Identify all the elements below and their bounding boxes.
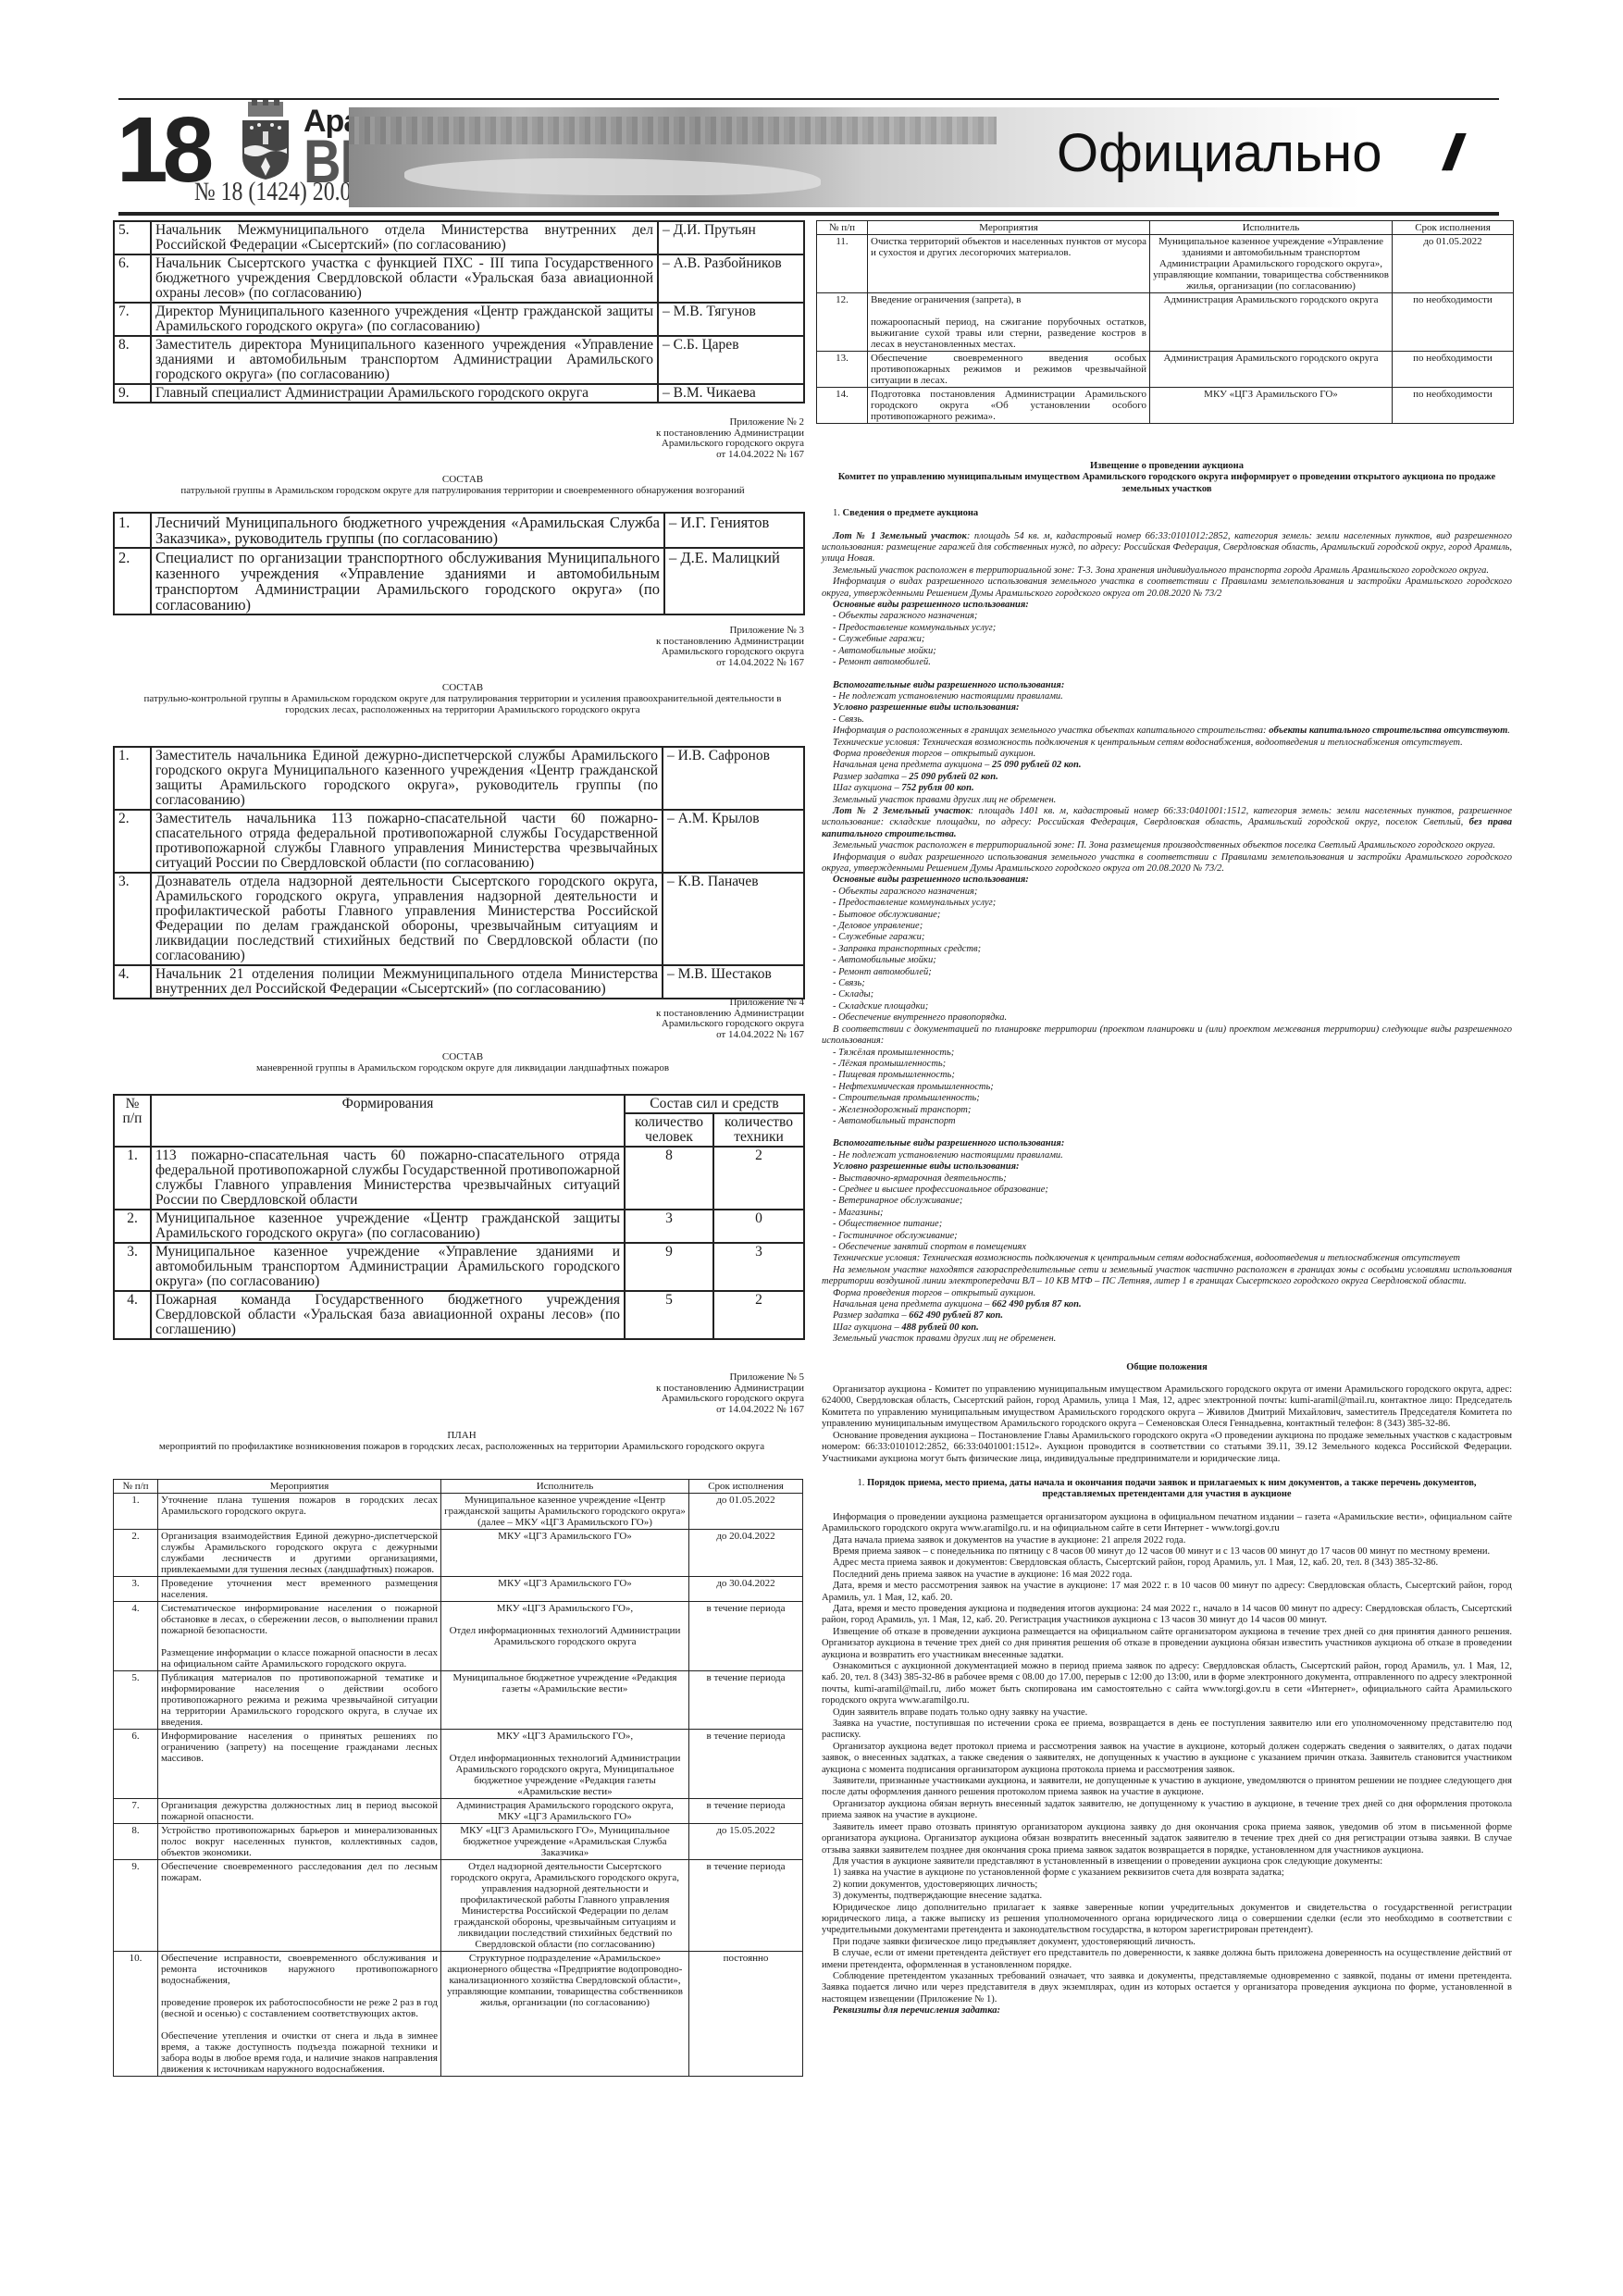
- list-item: - Гостиничное обслуживание;: [822, 1231, 1512, 1242]
- executor-text: МКУ «ЦГЗ Арамильского ГО», Муниципальное…: [441, 1824, 689, 1860]
- appendix-line: Приложение № 4: [656, 998, 804, 1009]
- paragraph: Соблюдение претендентом указанных требов…: [822, 1971, 1512, 2005]
- list-item: - Автомобильные мойки;: [822, 646, 1512, 657]
- col-deadline: Срок исполнения: [1393, 221, 1514, 235]
- appendix-line: Приложение № 5: [656, 1372, 804, 1384]
- position-text: Начальник Сысертского участка с функцией…: [151, 254, 658, 303]
- executor-text: Муниципальное казенное учреждение «Центр…: [441, 1494, 689, 1530]
- lot-2-price: Начальная цена предмета аукциона – 662 4…: [822, 1299, 1512, 1310]
- paragraph: Организатор аукциона обязан вернуть внес…: [822, 1799, 1512, 1822]
- appendix-line: от 14.04.2022 № 167: [656, 1405, 804, 1416]
- position-text: Директор Муниципального казенного учрежд…: [151, 303, 658, 336]
- executor-text: МКУ «ЦГЗ Арамильского ГО»,Отдел информац…: [441, 1730, 689, 1799]
- list-item: - Склады;: [822, 989, 1512, 1000]
- deadline-text: по необходимости: [1393, 293, 1514, 352]
- position-text: Заместитель начальника 113 пожарно-спаса…: [151, 810, 663, 873]
- lot-2-description: Лот № 2 Земельный участок: площадь 1401 …: [822, 806, 1512, 840]
- lot-2-form: Форма проведения торгов – открытый аукци…: [822, 1288, 1512, 1299]
- executor-text: МКУ «ЦГЗ Арамильского ГО»: [1150, 388, 1393, 424]
- patrol-control-group-table: 1. Заместитель начальника Единой дежурно…: [113, 746, 805, 999]
- deadline-text: до 15.05.2022: [689, 1824, 803, 1860]
- executor-text: Муниципальное бюджетное учреждение «Реда…: [441, 1671, 689, 1730]
- executor-text: Отдел надзорной деятельности Сысертского…: [441, 1860, 689, 1952]
- row-number: 7.: [114, 1799, 158, 1824]
- lot-2-encumbrance: Земельный участок правами других лиц не …: [822, 1334, 1512, 1345]
- row-number: 6.: [114, 1730, 158, 1799]
- people-count: 5: [625, 1291, 713, 1339]
- equipment-count: 3: [713, 1243, 804, 1291]
- person-name: – В.М. Чикаева: [658, 384, 804, 403]
- list-item: - Предоставление коммунальных услуг;: [822, 623, 1512, 634]
- action-text: Уточнение плана тушения пожаров в городс…: [158, 1494, 441, 1530]
- action-text: Введение ограничения (запрета), впожароо…: [868, 293, 1150, 352]
- row-number: 1.: [114, 1147, 151, 1210]
- list-item: - Магазины;: [822, 1208, 1512, 1219]
- row-number: 4.: [114, 1602, 158, 1671]
- paragraph: Информация о проведении аукциона размеща…: [822, 1512, 1512, 1535]
- row-number: 7.: [114, 303, 151, 336]
- list-item: - Выставочно-ярмарочная деятельность;: [822, 1173, 1512, 1185]
- table-row: 14. Подготовка постановления Администрац…: [817, 388, 1514, 424]
- person-name: – И.Г. Гениятов: [664, 513, 804, 548]
- position-text: Заместитель директора Муниципального каз…: [151, 336, 658, 384]
- row-number: 2.: [114, 1210, 151, 1243]
- position-text: Специалист по организации транспортного …: [151, 548, 664, 614]
- list-item: - Тяжёлая промышленность;: [822, 1048, 1512, 1059]
- paragraph: Извещение об отказе в проведении аукцион…: [822, 1627, 1512, 1661]
- list-item: - Обеспечение занятий спортом в помещени…: [822, 1242, 1512, 1253]
- table-row: 1. Заместитель начальника Единой дежурно…: [114, 747, 804, 810]
- people-count: 3: [625, 1210, 713, 1243]
- lot-1-tech: Технические условия: Техническая возможн…: [822, 738, 1512, 749]
- person-name: – С.Б. Царев: [658, 336, 804, 384]
- lot-2-step: Шаг аукциона – 488 рублей 00 коп.: [822, 1322, 1512, 1334]
- paragraph: Для участия в аукционе заявители предста…: [822, 1856, 1512, 1868]
- lot-1-capital: Информация о расположенных в границах зе…: [822, 726, 1512, 737]
- appendix-2-header: Приложение № 2к постановлению Администра…: [656, 417, 804, 460]
- person-name: – Д.И. Прутьян: [658, 221, 804, 254]
- list-item: - Пищевая промышленность;: [822, 1070, 1512, 1081]
- action-text: Организация взаимодействия Единой дежурн…: [158, 1530, 441, 1577]
- col-action: Мероприятия: [868, 221, 1150, 235]
- person-name: – М.В. Шестаков: [663, 965, 804, 999]
- col-deadline: Срок исполнения: [689, 1480, 803, 1494]
- list-item: - Заправка транспортных средств;: [822, 944, 1512, 955]
- list-item: - Ветеринарное обслуживание;: [822, 1196, 1512, 1207]
- paragraph: 3) документы, подтверждающие внесение за…: [822, 1891, 1512, 1902]
- deadline-text: в течение периода: [689, 1860, 803, 1952]
- executor-text: Структурное подразделение «Арамильское» …: [441, 1952, 689, 2077]
- table-row: 11. Очистка территорий объектов и населе…: [817, 235, 1514, 293]
- col-number: № п/п: [817, 221, 868, 235]
- header-bottom-rule: [118, 212, 1499, 216]
- appendix-line: Приложение № 2: [656, 417, 804, 428]
- action-text: Публикация материалов по противопожарной…: [158, 1671, 441, 1730]
- action-text: Очистка территорий объектов и населенных…: [868, 235, 1150, 293]
- row-number: 5.: [114, 221, 151, 254]
- appendix-4-title: СОСТАВманевренной группы в Арамильском г…: [120, 1051, 805, 1074]
- list-item: - Объекты гаражного назначения;: [822, 887, 1512, 898]
- action-text: Информирование населения о принятых реше…: [158, 1730, 441, 1799]
- appendix-2-title: СОСТАВпатрульной группы в Арамильском го…: [120, 474, 805, 496]
- action-text: Подготовка постановления Администрации А…: [868, 388, 1150, 424]
- col-equipment: количество техники: [713, 1113, 804, 1147]
- list-item: - Строительная промышленность;: [822, 1093, 1512, 1104]
- row-number: 3.: [114, 1577, 158, 1602]
- list-item: - Ремонт автомобилей;: [822, 967, 1512, 978]
- auction-heading: Извещение о проведении аукциона: [822, 461, 1512, 472]
- procedure-title: 1. Порядок приема, место приема, даты на…: [822, 1478, 1512, 1501]
- row-number: 2.: [114, 810, 151, 873]
- col-forces-group: Состав сил и средств: [625, 1095, 804, 1113]
- table-row: 4. Систематическое информирование населе…: [114, 1602, 803, 1671]
- paragraph: Дата начала приема заявок и документов н…: [822, 1535, 1512, 1546]
- appendix-line: от 14.04.2022 № 167: [656, 450, 804, 461]
- deadline-text: до 01.05.2022: [689, 1494, 803, 1530]
- executor-text: Администрация Арамильского городского ок…: [1150, 352, 1393, 388]
- equipment-count: 2: [713, 1147, 804, 1210]
- table-row: 4. Пожарная команда Государственного бюд…: [114, 1291, 804, 1339]
- people-count: 8: [625, 1147, 713, 1210]
- person-name: – А.М. Крылов: [663, 810, 804, 873]
- lot-1-deposit: Размер задатка – 25 090 рублей 02 коп.: [822, 772, 1512, 783]
- paragraph: При подаче заявки физическое лицо предъя…: [822, 1937, 1512, 1948]
- row-number: 9.: [114, 384, 151, 403]
- list-item: - Обеспечение внутреннего правопорядка.: [822, 1012, 1512, 1024]
- table-row: 2. Заместитель начальника 113 пожарно-сп…: [114, 810, 804, 873]
- lot-2-rules: Информация о видах разрешенного использо…: [822, 852, 1512, 875]
- requisites-title: Реквизиты для перечисления задатка:: [822, 2005, 1512, 2017]
- list-item: - Железнодорожный транспорт;: [822, 1105, 1512, 1116]
- position-text: Заместитель начальника Единой дежурно-ди…: [151, 747, 663, 810]
- table-row: 1. 113 пожарно-спасательная часть 60 пож…: [114, 1147, 804, 1210]
- deadline-text: до 01.05.2022: [1393, 235, 1514, 293]
- lot-2-aux-title: Вспомогательные виды разрешенного исполь…: [822, 1138, 1512, 1149]
- list-item: - Связь.: [822, 714, 1512, 726]
- appendix-3-header: Приложение № 3к постановлению Администра…: [656, 626, 804, 668]
- table-row: 6. Информирование населения о принятых р…: [114, 1730, 803, 1799]
- list-item: - Автомобильный транспорт: [822, 1116, 1512, 1127]
- list-item: - Общественное питание;: [822, 1219, 1512, 1230]
- action-text: Обеспечение своевременного введения особ…: [868, 352, 1150, 388]
- formation-text: Пожарная команда Государственного бюджет…: [151, 1291, 625, 1339]
- section-mark-icon: //: [1443, 124, 1453, 181]
- lot-1-description: Лот № 1 Земельный участок: площадь 54 кв…: [822, 531, 1512, 565]
- appendix-4-header: Приложение № 4к постановлению Администра…: [656, 998, 804, 1040]
- list-item: - Ремонт автомобилей.: [822, 657, 1512, 668]
- table-row: 3. Муниципальное казенное учреждение «Уп…: [114, 1243, 804, 1291]
- coat-of-arms-icon: [239, 100, 292, 180]
- table-row: 9. Главный специалист Администрации Арам…: [114, 384, 804, 403]
- deadline-text: по необходимости: [1393, 388, 1514, 424]
- row-number: 1.: [114, 747, 151, 810]
- deadline-text: в течение периода: [689, 1730, 803, 1799]
- row-number: 4.: [114, 965, 151, 999]
- deadline-text: постоянно: [689, 1952, 803, 2077]
- list-item: - Складские площадки;: [822, 1001, 1512, 1012]
- action-text: Организация дежурства должностных лиц в …: [158, 1799, 441, 1824]
- row-number: 12.: [817, 293, 868, 352]
- lot-2-planning: В соответствии с документацией по планир…: [822, 1024, 1512, 1048]
- list-item: - Автомобильные мойки;: [822, 955, 1512, 966]
- list-item: - Не подлежат установлению настоящими пр…: [822, 691, 1512, 702]
- row-number: 3.: [114, 873, 151, 965]
- lot-2-main-title: Основные виды разрешенного использования…: [822, 875, 1512, 886]
- table-row: 13. Обеспечение своевременного введения …: [817, 352, 1514, 388]
- paragraph: 1) заявка на участие в аукционе по устан…: [822, 1868, 1512, 1879]
- people-count: 9: [625, 1243, 713, 1291]
- executor-text: МКУ «ЦГЗ Арамильского ГО»: [441, 1577, 689, 1602]
- lot-1-aux-title: Вспомогательные виды разрешенного исполь…: [822, 680, 1512, 691]
- list-item: - Служебные гаражи;: [822, 634, 1512, 645]
- row-number: 11.: [817, 235, 868, 293]
- equipment-count: 2: [713, 1291, 804, 1339]
- table-row: 7. Директор Муниципального казенного учр…: [114, 303, 804, 336]
- paragraph: Основание проведения аукциона – Постанов…: [822, 1431, 1512, 1465]
- formation-text: Муниципальное казенное учреждение «Центр…: [151, 1210, 625, 1243]
- deadline-text: в течение периода: [689, 1602, 803, 1671]
- header-top-rule: [118, 98, 1499, 100]
- list-item: - Служебные гаражи;: [822, 932, 1512, 943]
- deadline-text: в течение периода: [689, 1799, 803, 1824]
- table-row: 2. Специалист по организации транспортно…: [114, 548, 804, 614]
- row-number: 9.: [114, 1860, 158, 1952]
- fire-prevention-plan-table: № п/п Мероприятия Исполнитель Срок испол…: [113, 1479, 803, 2077]
- appendix-line: Арамильского городского округа: [656, 439, 804, 450]
- paragraph: Дата, время и место рассмотрения заявок …: [822, 1581, 1512, 1604]
- person-name: – М.В. Тягунов: [658, 303, 804, 336]
- appendix-line: Арамильского городского округа: [656, 1019, 804, 1030]
- table-row: 5. Публикация материалов по противопожар…: [114, 1671, 803, 1730]
- executor-text: МКУ «ЦГЗ Арамильского ГО»: [441, 1530, 689, 1577]
- lot-2-zone: Земельный участок расположен в территори…: [822, 840, 1512, 851]
- appendix-3-title: СОСТАВпатрульно-контрольной группы в Ара…: [120, 682, 805, 715]
- row-number: 8.: [114, 1824, 158, 1860]
- paragraph: 2) копии документов, удостоверяющих личн…: [822, 1880, 1512, 1891]
- section-title: Официально: [1057, 122, 1381, 184]
- table-row: 12. Введение ограничения (запрета), впож…: [817, 293, 1514, 352]
- row-number: 13.: [817, 352, 868, 388]
- paragraph: Заявка на участие, поступившая по истече…: [822, 1719, 1512, 1742]
- list-item: - Связь;: [822, 978, 1512, 989]
- table-row: 1. Уточнение плана тушения пожаров в гор…: [114, 1494, 803, 1530]
- paragraph: Один заявитель вправе подать только одну…: [822, 1707, 1512, 1719]
- fire-prevention-plan-table-continued: № п/п Мероприятия Исполнитель Срок испол…: [816, 220, 1514, 424]
- row-number: 14.: [817, 388, 868, 424]
- appendix-line: Арамильского городского округа: [656, 647, 804, 658]
- action-text: Систематическое информирование населения…: [158, 1602, 441, 1671]
- executor-text: Муниципальное казенное учреждение «Управ…: [1150, 235, 1393, 293]
- table-row: 9. Обеспечение своевременного расследова…: [114, 1860, 803, 1952]
- list-item: - Деловое управление;: [822, 921, 1512, 932]
- col-number: № п/п: [114, 1095, 151, 1147]
- row-number: 8.: [114, 336, 151, 384]
- patrol-group-table: 1. Лесничий Муниципального бюджетного уч…: [113, 512, 805, 615]
- list-item: - Нефтехимическая промышленность;: [822, 1082, 1512, 1093]
- paragraph: Дата, время и место проведения аукциона …: [822, 1604, 1512, 1627]
- appendix-line: Приложение № 3: [656, 626, 804, 637]
- table-row: 4. Начальник 21 отделения полиции Межмун…: [114, 965, 804, 999]
- executor-text: Администрация Арамильского городского ок…: [1150, 293, 1393, 352]
- person-name: – А.В. Разбойников: [658, 254, 804, 303]
- col-executor: Исполнитель: [1150, 221, 1393, 235]
- table-row: 2. Муниципальное казенное учреждение «Це…: [114, 1210, 804, 1243]
- person-name: – Д.Е. Малицкий: [664, 548, 804, 614]
- appendix-line: Арамильского городского округа: [656, 1394, 804, 1405]
- appendix-5-header: Приложение № 5к постановлению Администра…: [656, 1372, 804, 1415]
- general-provisions-title: Общие положения: [822, 1362, 1512, 1373]
- row-number: 2.: [114, 548, 151, 614]
- row-number: 6.: [114, 254, 151, 303]
- col-executor: Исполнитель: [441, 1480, 689, 1494]
- position-text: Дознаватель отдела надзорной деятельност…: [151, 873, 663, 965]
- action-text: Обеспечение исправности, своевременного …: [158, 1952, 441, 2077]
- deadline-text: до 30.04.2022: [689, 1577, 803, 1602]
- list-item: - Предоставление коммунальных услуг;: [822, 898, 1512, 909]
- position-text: Главный специалист Администрации Арамиль…: [151, 384, 658, 403]
- table-row: 1. Лесничий Муниципального бюджетного уч…: [114, 513, 804, 548]
- paragraph: Юридическое лицо дополнительно прилагает…: [822, 1903, 1512, 1937]
- row-number: 3.: [114, 1243, 151, 1291]
- auction-subheading: Комитет по управлению муниципальным имущ…: [822, 472, 1512, 495]
- appendix-line: от 14.04.2022 № 167: [656, 658, 804, 669]
- executor-text: Администрация Арамильского городского ок…: [441, 1799, 689, 1824]
- deadline-text: по необходимости: [1393, 352, 1514, 388]
- table-row: 3. Проведение уточнения мест временного …: [114, 1577, 803, 1602]
- table-row: 10. Обеспечение исправности, своевременн…: [114, 1952, 803, 2077]
- lot-2-cond-title: Условно разрешенные виды использования:: [822, 1161, 1512, 1173]
- lot-1-rules: Информация о видах разрешенного использо…: [822, 577, 1512, 600]
- deadline-text: в течение периода: [689, 1671, 803, 1730]
- lot-1-cond-title: Условно разрешенные виды использования:: [822, 702, 1512, 714]
- paragraph: Организатор аукциона - Комитет по управл…: [822, 1384, 1512, 1431]
- action-text: Проведение уточнения мест временного раз…: [158, 1577, 441, 1602]
- row-number: 4.: [114, 1291, 151, 1339]
- paragraph: Последний день приема заявок на участие …: [822, 1570, 1512, 1581]
- table-row: 8. Заместитель директора Муниципального …: [114, 336, 804, 384]
- list-item: - Бытовое обслуживание;: [822, 910, 1512, 921]
- row-number: 2.: [114, 1530, 158, 1577]
- section-heading: 1. Сведения о предмете аукциона: [822, 508, 1512, 519]
- lot-2-tech: Технические условия: Техническая возможн…: [822, 1253, 1512, 1264]
- formation-text: Муниципальное казенное учреждение «Управ…: [151, 1243, 625, 1291]
- paragraph: Заявители, признанные участниками аукцио…: [822, 1776, 1512, 1799]
- appendix-5-title: ПЛАНмероприятий по профилактике возникно…: [118, 1430, 805, 1452]
- auction-notice: Извещение о проведении аукционаКомитет п…: [822, 461, 1512, 2017]
- row-number: 1.: [114, 1494, 158, 1530]
- executor-text: МКУ «ЦГЗ Арамильского ГО»,Отдел информац…: [441, 1602, 689, 1671]
- lot-2-deposit: Размер задатка – 662 490 рублей 87 коп.: [822, 1310, 1512, 1322]
- lot-1-form: Форма проведения торгов – открытый аукци…: [822, 749, 1512, 760]
- deadline-text: до 20.04.2022: [689, 1530, 803, 1577]
- list-item: - Объекты гаражного назначения;: [822, 611, 1512, 622]
- lot-1-step: Шаг аукциона – 752 рубля 00 коп.: [822, 783, 1512, 794]
- maneuver-group-table: № п/п Формирования Состав сил и средств …: [113, 1094, 805, 1340]
- person-name: – И.В. Сафронов: [663, 747, 804, 810]
- list-item: - Не подлежат установлению настоящими пр…: [822, 1150, 1512, 1161]
- lot-1-encumbrance: Земельный участок правами других лиц не …: [822, 795, 1512, 806]
- paragraph: Организатор аукциона ведет протокол прие…: [822, 1742, 1512, 1776]
- action-text: Обеспечение своевременного расследования…: [158, 1860, 441, 1952]
- lot-1-zone: Земельный участок расположен в территори…: [822, 565, 1512, 577]
- col-action: Мероприятия: [158, 1480, 441, 1494]
- action-text: Устройство противопожарных барьеров и ми…: [158, 1824, 441, 1860]
- equipment-count: 0: [713, 1210, 804, 1243]
- list-item: - Лёгкая промышленность;: [822, 1059, 1512, 1070]
- paragraph: Ознакомиться с аукционной документацией …: [822, 1661, 1512, 1707]
- lot-1-main-title: Основные виды разрешенного использования…: [822, 600, 1512, 611]
- row-number: 1.: [114, 513, 151, 548]
- col-formation: Формирования: [151, 1095, 625, 1147]
- position-text: Начальник Межмуниципального отдела Минис…: [151, 221, 658, 254]
- table-row: 8. Устройство противопожарных барьеров и…: [114, 1824, 803, 1860]
- table-row: 5. Начальник Межмуниципального отдела Ми…: [114, 221, 804, 254]
- person-name: – К.В. Паначев: [663, 873, 804, 965]
- formation-text: 113 пожарно-спасательная часть 60 пожарн…: [151, 1147, 625, 1210]
- row-number: 10.: [114, 1952, 158, 2077]
- position-text: Начальник 21 отделения полиции Межмуници…: [151, 965, 663, 999]
- position-text: Лесничий Муниципального бюджетного учреж…: [151, 513, 664, 548]
- lot-2-gas: На земельном участке находятся газораспр…: [822, 1265, 1512, 1288]
- paragraph: Время приема заявок – с понедельника по …: [822, 1546, 1512, 1558]
- col-number: № п/п: [114, 1480, 158, 1494]
- paragraph: Адрес места приема заявок и документов: …: [822, 1558, 1512, 1569]
- list-item: - Среднее и высшее профессиональное обра…: [822, 1185, 1512, 1196]
- paragraph: В случае, если от имени претендента дейс…: [822, 1948, 1512, 1971]
- col-people: количество человек: [625, 1113, 713, 1147]
- row-number: 5.: [114, 1671, 158, 1730]
- table-row: 2. Организация взаимодействия Единой деж…: [114, 1530, 803, 1577]
- members-table-continued: 5. Начальник Межмуниципального отдела Ми…: [113, 220, 805, 403]
- appendix-line: от 14.04.2022 № 167: [656, 1030, 804, 1041]
- table-row: 3. Дознаватель отдела надзорной деятельн…: [114, 873, 804, 965]
- lot-1-price: Начальная цена предмета аукциона – 25 09…: [822, 760, 1512, 771]
- table-row: 7. Организация дежурства должностных лиц…: [114, 1799, 803, 1824]
- table-row: 6. Начальник Сысертского участка с функц…: [114, 254, 804, 303]
- paragraph: Заявитель имеет право отозвать принятую …: [822, 1822, 1512, 1856]
